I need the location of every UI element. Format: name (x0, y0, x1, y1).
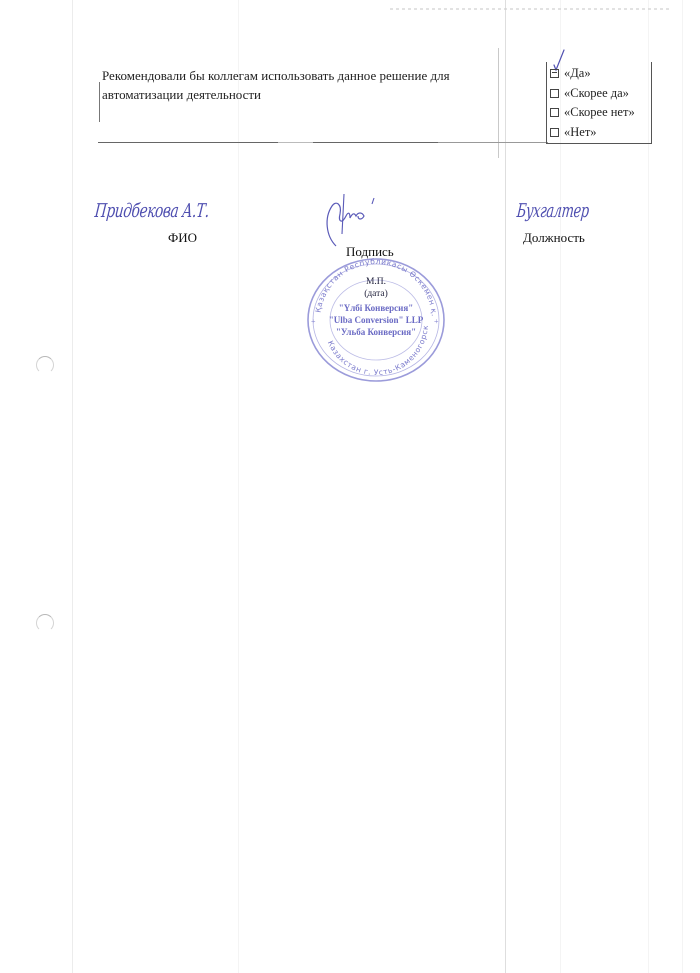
option-label: «Скорее да» (564, 86, 629, 101)
option-rather-no[interactable]: «Скорее нет» (547, 103, 651, 123)
stamp-company-kz: "Үлбі Конверсия" (339, 302, 413, 314)
date-label: (дата) (364, 288, 388, 300)
handwritten-signature-icon (318, 190, 380, 248)
checkbox-icon[interactable] (550, 128, 559, 137)
table-bottom-border (98, 142, 548, 143)
option-rather-yes[interactable]: «Скорее да» (547, 84, 651, 104)
question-text: Рекомендовали бы коллегам использовать д… (98, 62, 508, 142)
mp-label: М.П. (366, 276, 386, 288)
survey-table: Рекомендовали бы коллегам использовать д… (98, 62, 652, 146)
option-label: «Да» (564, 66, 591, 81)
punch-hole-icon (36, 614, 54, 632)
checkbox-icon[interactable] (550, 89, 559, 98)
position-field: Должность (523, 230, 585, 246)
position-label: Должность (523, 230, 585, 246)
option-label: «Нет» (564, 125, 597, 140)
stamp-company-ru: "Ульба Конверсия" (336, 326, 416, 338)
company-stamp: Қазақстан Республикасы Өскемен қ. Казахс… (306, 257, 446, 383)
scan-noise (390, 8, 670, 10)
scan-streak (682, 0, 683, 973)
stamp-company-en: "Ulba Conversion" LLP (329, 314, 424, 326)
checkbox-icon[interactable] (550, 108, 559, 117)
name-field: ФИО (168, 230, 197, 246)
scan-streak (72, 0, 73, 973)
option-label: «Скорее нет» (564, 105, 635, 120)
answer-options: «Да» «Скорее да» «Скорее нет» «Нет» (546, 62, 652, 144)
handwritten-name: Придбекова А.Т. (94, 200, 211, 222)
stamp-content: М.П. (дата) "Үлбі Конверсия" "Ulba Conve… (306, 257, 446, 383)
handwritten-position: Бухгалтер (516, 200, 590, 222)
option-no[interactable]: «Нет» (547, 123, 651, 143)
checkbox-checked-icon[interactable] (550, 69, 559, 78)
name-label: ФИО (168, 230, 197, 246)
punch-hole-icon (36, 356, 54, 374)
